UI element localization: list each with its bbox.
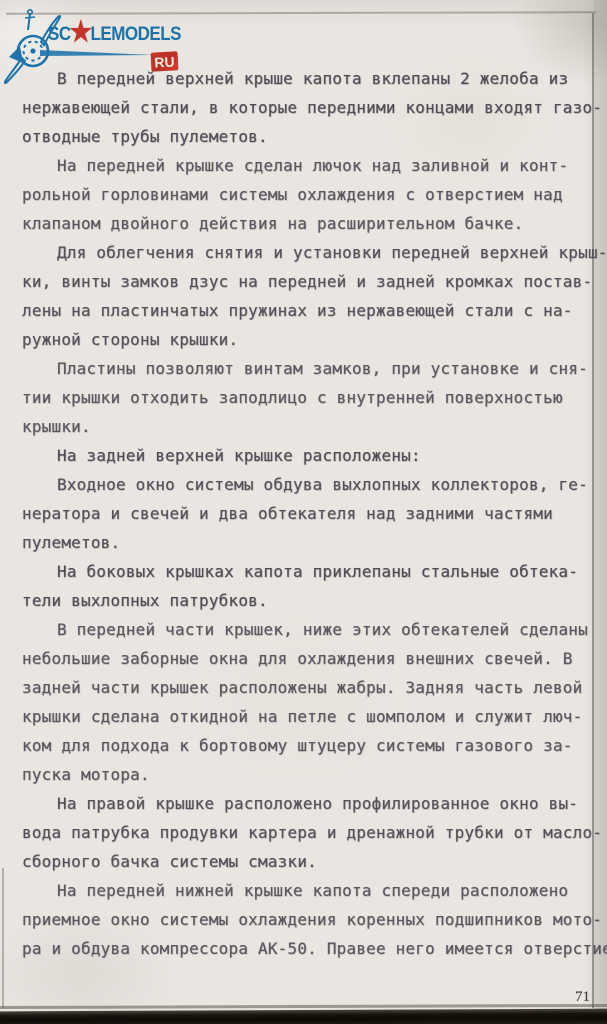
star-icon: ★ bbox=[70, 21, 92, 43]
paragraph: Для облегчения снятия и установки передн… bbox=[22, 238, 607, 354]
brand-suffix: LEMODELS bbox=[91, 22, 181, 47]
paragraph: Входное окно системы обдува выхлопных ко… bbox=[22, 470, 607, 557]
scanned-document-page: SC ★ LEMODELS RU В передней верхней крыш… bbox=[0, 0, 607, 1024]
paragraph: На передней крышке сделан лючок над зали… bbox=[22, 151, 607, 238]
paragraph: На задней верхней крышке расположены: bbox=[22, 441, 607, 470]
paragraph: Пластины позволяют винтам замков, при ус… bbox=[22, 354, 607, 441]
paragraph: На передней нижней крышке капота спереди… bbox=[22, 876, 607, 963]
brand-wordmark: SC ★ LEMODELS bbox=[48, 22, 181, 47]
paragraph: На правой крышке расположено профилирова… bbox=[22, 789, 607, 876]
typewritten-text: В передней верхней крыше капота вклепаны… bbox=[22, 64, 607, 963]
paragraph: В передней верхней крыше капота вклепаны… bbox=[22, 64, 607, 151]
brand-prefix: SC bbox=[48, 22, 71, 47]
left-border-line bbox=[2, 868, 4, 1008]
paragraph: В передней части крышек, ниже этих обтек… bbox=[22, 615, 607, 789]
paragraph: На боковых крышках капота приклепаны ста… bbox=[22, 557, 607, 615]
scan-edge-bar bbox=[0, 1009, 607, 1024]
